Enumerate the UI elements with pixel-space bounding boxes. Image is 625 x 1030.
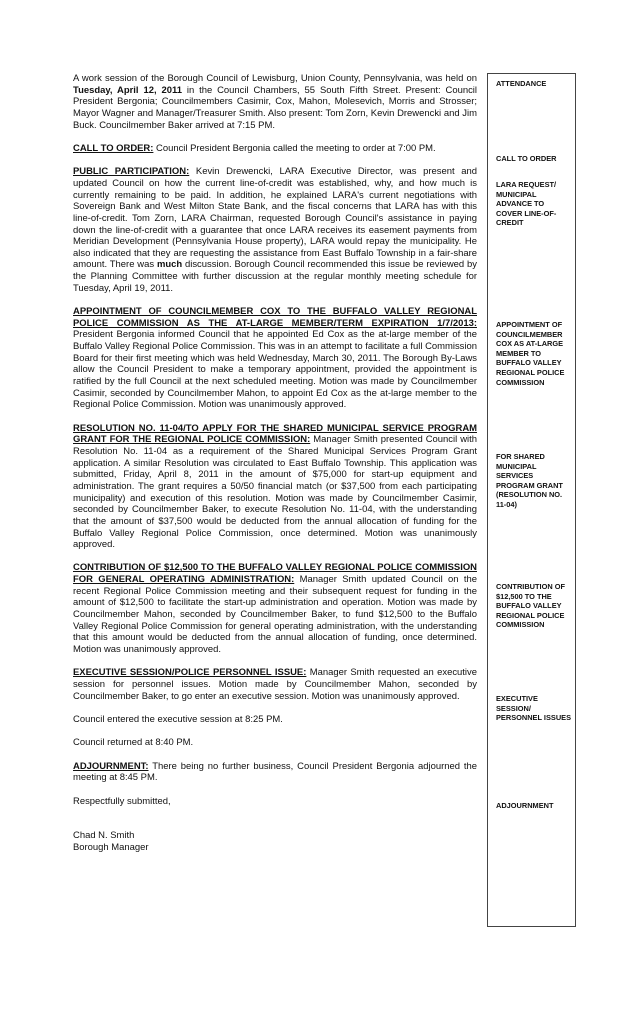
emphasis-text: much [157,259,182,270]
section-body: Council President Bergonia called the me… [153,143,435,154]
margin-label-lara-request: LARA REQUEST/ MUNICIPAL ADVANCE TO COVER… [496,180,572,228]
resolution-paragraph: RESOLUTION NO. 11-04/TO APPLY FOR THE SH… [73,423,477,551]
section-body: Manager Smith updated Council on the rec… [73,574,477,655]
section-body: Kevin Drewencki, LARA Executive Director… [73,166,477,270]
executive-session-paragraph: EXECUTIVE SESSION/POLICE PERSONNEL ISSUE… [73,667,477,702]
margin-notes-box: ATTENDANCE CALL TO ORDER LARA REQUEST/ M… [487,73,576,927]
section-heading: PUBLIC PARTICIPATION: [73,166,189,177]
section-heading: ADJOURNMENT: [73,761,149,772]
margin-label-call-to-order: CALL TO ORDER [496,154,572,164]
contribution-paragraph: CONTRIBUTION OF $12,500 TO THE BUFFALO V… [73,562,477,655]
margin-label-appointment: APPOINTMENT OF COUNCILMEMBER COX AS AT-L… [496,320,572,387]
section-body: President Bergonia informed Council that… [73,329,477,410]
signature-title: Borough Manager [73,842,149,853]
appointment-paragraph: APPOINTMENT OF COUNCILMEMBER COX TO THE … [73,306,477,411]
returned-line: Council returned at 8:40 PM. [73,737,477,749]
section-heading: CALL TO ORDER: [73,143,153,154]
margin-label-resolution: FOR SHARED MUNICIPAL SERVICES PROGRAM GR… [496,452,572,510]
intro-text: A work session of the Borough Council of… [73,73,477,84]
adjournment-paragraph: ADJOURNMENT: There being no further busi… [73,761,477,784]
meeting-date: Tuesday, April 12, 2011 [73,85,182,96]
margin-label-attendance: ATTENDANCE [496,79,572,89]
minutes-body: A work session of the Borough Council of… [73,73,477,865]
signature-name: Chad N. Smith [73,830,134,841]
section-body: Manager Smith presented Council with Res… [73,434,477,550]
attendance-paragraph: A work session of the Borough Council of… [73,73,477,131]
margin-label-executive-session: EXECUTIVE SESSION/ PERSONNEL ISSUES [496,694,572,723]
signature-block: Chad N. SmithBorough Manager [73,830,477,853]
margin-label-contribution: CONTRIBUTION OF $12,500 TO THE BUFFALO V… [496,582,572,630]
section-heading: EXECUTIVE SESSION/POLICE PERSONNEL ISSUE… [73,667,306,678]
closing-line: Respectfully submitted, [73,796,477,808]
call-to-order-paragraph: CALL TO ORDER: Council President Bergoni… [73,143,477,155]
section-heading: APPOINTMENT OF COUNCILMEMBER COX TO THE … [73,306,477,329]
public-participation-paragraph: PUBLIC PARTICIPATION: Kevin Drewencki, L… [73,166,477,294]
entered-session-line: Council entered the executive session at… [73,714,477,726]
margin-label-adjournment: ADJOURNMENT [496,801,572,811]
